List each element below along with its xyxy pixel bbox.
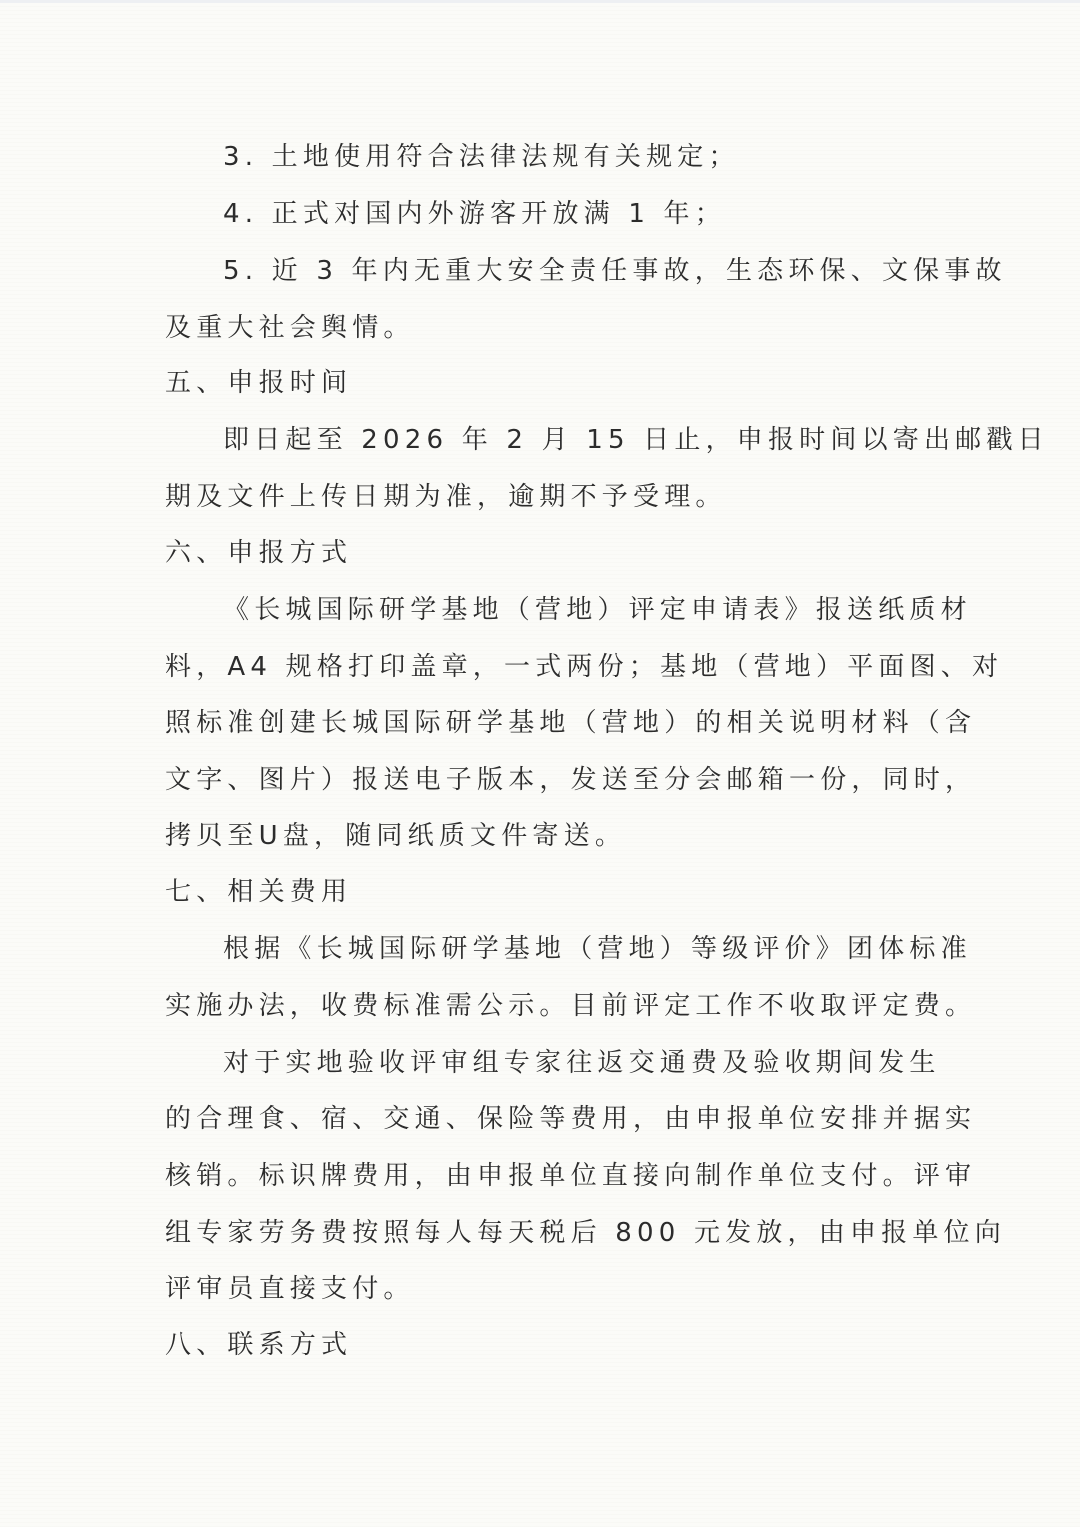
list-item-3-land-use: 3. 土地使用符合法律法规有关规定；: [223, 140, 740, 174]
list-item-5-continued: 及重大社会舆情。: [165, 311, 415, 345]
section-heading-related-fees: 七、相关费用: [165, 875, 352, 909]
paragraph-application-deadline: 即日起至 2026 年 2 月 15 日止，申报时间以寄出邮戳日: [223, 423, 1049, 457]
section-heading-contact: 八、联系方式: [165, 1328, 352, 1362]
paragraph-application-method-line-4: 文字、图片）报送电子版本，发送至分会邮箱一份，同时，: [165, 763, 976, 797]
paragraph-application-method-line-3: 照标准创建长城国际研学基地（营地）的相关说明材料（含: [165, 706, 976, 740]
list-item-5-no-accidents: 5. 近 3 年内无重大安全责任事故，生态环保、文保事故: [223, 254, 1007, 288]
paragraph-application-method-line-2: 料，A4 规格打印盖章，一式两份；基地（营地）平面图、对: [165, 650, 1003, 684]
paragraph-expert-costs-line-2: 的合理食、宿、交通、保险等费用，由申报单位安排并据实: [165, 1102, 976, 1136]
paragraph-fee-standard-line-1: 根据《长城国际研学基地（营地）等级评价》团体标准: [223, 932, 972, 966]
scanned-document-page: 3. 土地使用符合法律法规有关规定； 4. 正式对国内外游客开放满 1 年； 5…: [0, 0, 1080, 1527]
paragraph-application-deadline-continued: 期及文件上传日期为准，逾期不予受理。: [165, 480, 727, 514]
paragraph-expert-costs-line-1: 对于实地验收评审组专家往返交通费及验收期间发生: [223, 1046, 941, 1080]
paragraph-fee-standard-line-2: 实施办法，收费标准需公示。目前评定工作不收取评定费。: [165, 989, 976, 1023]
list-item-4-open-one-year: 4. 正式对国内外游客开放满 1 年；: [223, 197, 726, 231]
paragraph-expert-costs-line-5: 评审员直接支付。: [165, 1272, 415, 1306]
page-top-edge: [0, 0, 1080, 3]
paragraph-application-method-line-5: 拷贝至U盘，随同纸质文件寄送。: [165, 819, 626, 853]
paragraph-expert-costs-line-3: 核销。标识牌费用，由申报单位直接向制作单位支付。评审: [165, 1159, 976, 1193]
paragraph-application-method-line-1: 《长城国际研学基地（营地）评定申请表》报送纸质材: [223, 593, 972, 627]
section-heading-application-time: 五、申报时间: [165, 366, 352, 400]
section-heading-application-method: 六、申报方式: [165, 536, 352, 570]
paragraph-expert-costs-line-4: 组专家劳务费按照每人每天税后 800 元发放，由申报单位向: [165, 1216, 1006, 1250]
